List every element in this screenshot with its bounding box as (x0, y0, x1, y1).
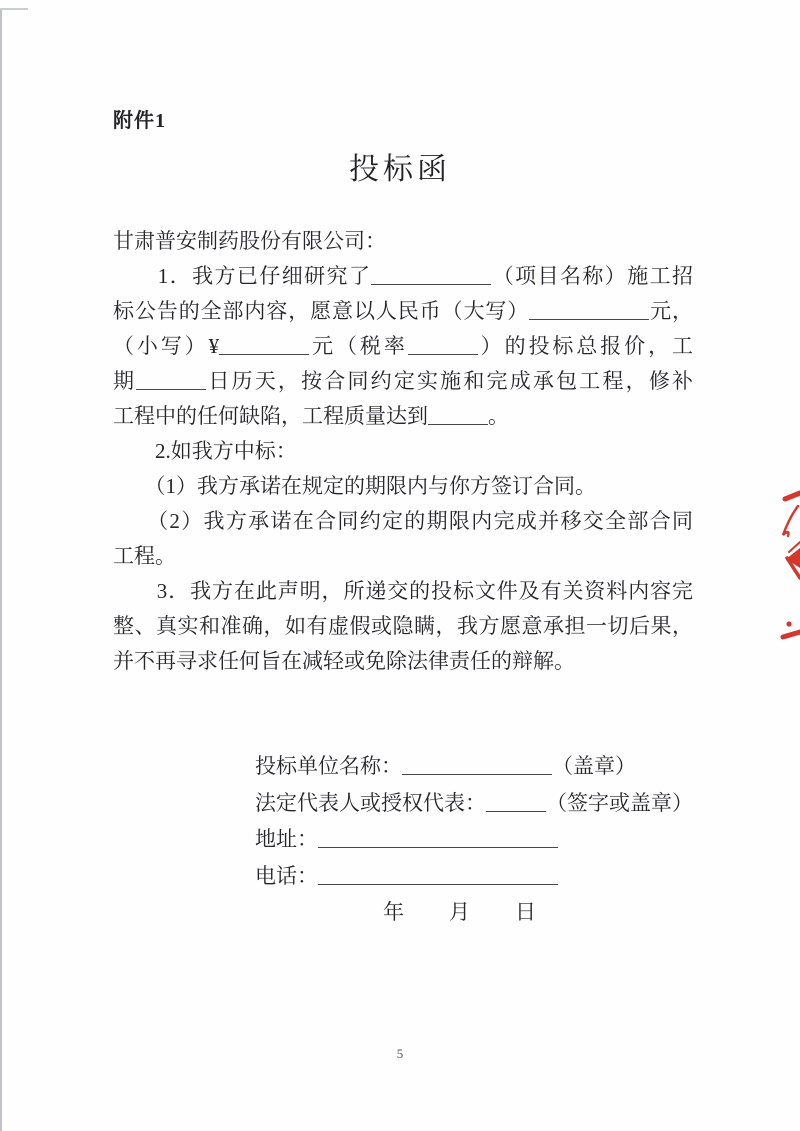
text-run: 投标单位名称： (255, 754, 402, 778)
red-stroke-bottom (783, 621, 800, 637)
blank-underline (318, 826, 558, 848)
text-run: （1）我方承诺在规定的期限内与你方签订合同。 (113, 474, 596, 498)
text-run: 甘肃普安制药股份有限公司： (113, 229, 386, 253)
body-line: （1）我方承诺在规定的期限内与你方签订合同。 (113, 469, 693, 504)
text-run: 整、真实和准确，如有虚假或隐瞒，我方愿意承担一切后果， (113, 614, 693, 638)
body-line: 1．我方已仔细研究了（项目名称）施工招 (113, 259, 693, 294)
body-line: 标公告的全部内容，愿意以人民币（大写）元， (113, 294, 693, 329)
blank-underline (318, 863, 558, 885)
text-run: 标公告的全部内容，愿意以人民币（大写） (113, 299, 529, 323)
text-run: （盖章） (552, 754, 636, 778)
text-run: 法定代表人或授权代表： (255, 791, 486, 815)
page-number: 5 (0, 1046, 800, 1062)
blank-underline (371, 263, 491, 285)
body-line: （2）我方承诺在合同约定的期限内完成并移交全部合同 (113, 504, 693, 539)
blank-underline (408, 333, 478, 355)
body-line: 工程。 (113, 539, 693, 574)
signature-line: 法定代表人或授权代表：（签字或盖章） (255, 785, 715, 822)
body-line: 甘肃普安制药股份有限公司： (113, 224, 693, 259)
body-line: （小写）¥元（税率）的投标总报价，工 (113, 329, 693, 364)
attachment-label: 附件1 (113, 104, 166, 133)
text-run: 2.如我方中标： (113, 439, 297, 463)
signature-line: 电话： (255, 858, 715, 895)
body-line: 2.如我方中标： (113, 434, 693, 469)
text-run: 并不再寻求任何旨在减轻或免除法律责任的辩解。 (113, 649, 575, 673)
text-run: （2）我方承诺在合同约定的期限内完成并移交全部合同 (113, 509, 693, 533)
blank-underline (428, 403, 488, 425)
text-run: 电话： (255, 864, 318, 888)
text-run: 工程。 (113, 544, 176, 568)
document-title: 投标函 (0, 144, 800, 188)
text-run: 地址： (255, 827, 318, 851)
red-stroke-middle (786, 542, 800, 578)
body-line: 整、真实和准确，如有虚假或隐瞒，我方愿意承担一切后果， (113, 609, 693, 644)
text-run: 日历天，按合同约定实施和完成承包工程，修补 (206, 369, 693, 393)
text-run: 1．我方已仔细研究了 (113, 264, 371, 288)
body-line: 工程中的任何缺陷，工程质量达到。 (113, 399, 693, 434)
document-page: 附件1 投标函 甘肃普安制药股份有限公司： 1．我方已仔细研究了（项目名称）施工… (0, 0, 800, 1131)
signature-block: 投标单位名称：（盖章）法定代表人或授权代表：（签字或盖章）地址：电话： (255, 748, 715, 894)
text-run: 元（税率 (309, 334, 408, 358)
text-run: 3．我方在此声明，所递交的投标文件及有关资料内容完 (113, 579, 693, 603)
signature-line: 地址： (255, 821, 715, 858)
blank-underline (486, 790, 546, 812)
body-line: 并不再寻求任何旨在减轻或免除法律责任的辩解。 (113, 644, 693, 679)
blank-underline (529, 298, 649, 320)
text-run: ）的投标总报价，工 (478, 334, 693, 358)
text-run: 工程中的任何缺陷，工程质量达到 (113, 404, 428, 428)
blank-underline (136, 368, 206, 390)
blank-underline (402, 753, 552, 775)
text-run: （签字或盖章） (546, 791, 693, 815)
body-line: 期日历天，按合同约定实施和完成承包工程，修补 (113, 364, 693, 399)
signature-line: 投标单位名称：（盖章） (255, 748, 715, 785)
text-run: （项目名称）施工招 (491, 264, 693, 288)
text-run: 。 (488, 404, 509, 428)
date-line: 年 月 日 (255, 894, 715, 930)
body-paragraphs: 甘肃普安制药股份有限公司： 1．我方已仔细研究了（项目名称）施工招标公告的全部内… (113, 224, 693, 679)
red-stamp-marks (774, 490, 800, 658)
text-run: 期 (113, 369, 136, 393)
blank-underline (219, 333, 309, 355)
text-run: （小写）¥ (113, 334, 219, 358)
red-stroke-top (783, 493, 800, 536)
text-run: 元， (649, 299, 693, 323)
body-line: 3．我方在此声明，所递交的投标文件及有关资料内容完 (113, 574, 693, 609)
scan-edge-top-line (0, 8, 28, 10)
